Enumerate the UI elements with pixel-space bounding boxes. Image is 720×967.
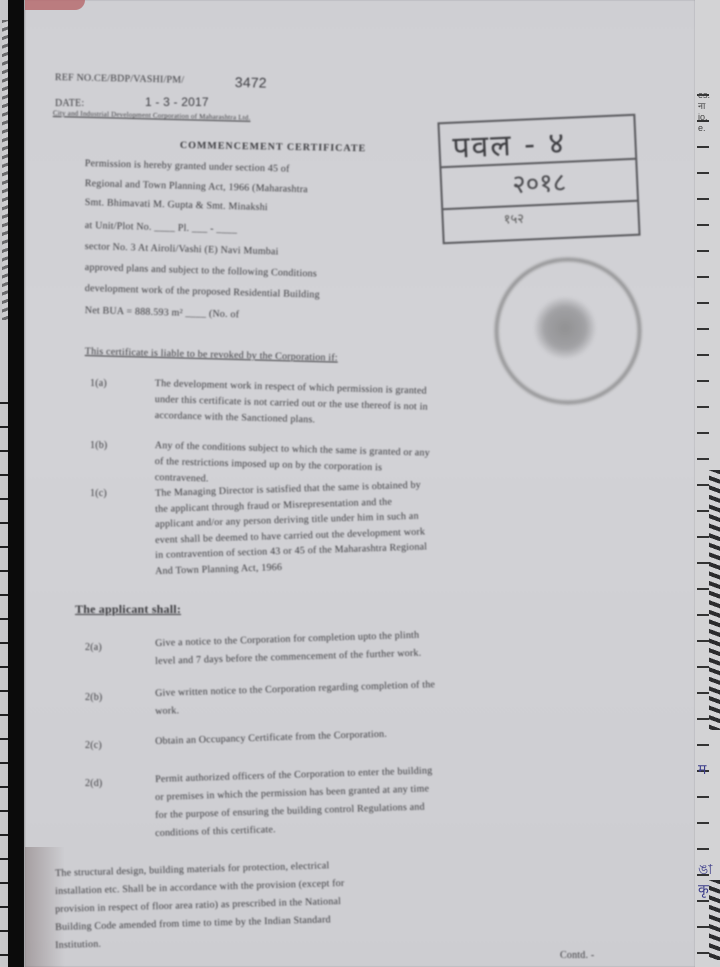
right-margin-handwriting-2: ঙা (698, 858, 712, 882)
left-ruler-ticks (0, 380, 8, 967)
stamp-sub: १५२ (503, 209, 524, 228)
duty-line: Give written notice to the Corporation r… (155, 679, 435, 699)
certificate-title: COMMENCEMENT CERTIFICATE (180, 140, 367, 154)
right-border-pattern (709, 470, 720, 730)
intro-line: at Unit/Plot No. ____ Pl. ___ - ____ (85, 220, 238, 235)
intro-line: Net BUA = 888.593 m² ____ (No. of (85, 305, 240, 320)
closing-line: Building Code amended from time to time … (55, 914, 331, 933)
condition-number: 1(a) (90, 378, 107, 389)
intro-line: Permission is hereby granted under secti… (85, 158, 290, 175)
condition-line: Any of the conditions subject to which t… (155, 440, 430, 459)
closing-line: The structural design, building material… (55, 860, 330, 879)
continued-marker: Contd. - (560, 950, 594, 961)
ref-label: REF NO.CE/BDP/VASHI/PM/ (55, 72, 185, 86)
duty-line: level and 7 days before the commencement… (155, 648, 421, 667)
duty-number: 2(a) (85, 642, 102, 653)
right-margin-text: es. ना io. e. (698, 90, 710, 134)
duty-number: 2(b) (85, 692, 102, 703)
right-margin-handwriting-3: कृ (698, 880, 709, 899)
inward-stamp: पवल - ४ २०१८ १५२ (437, 114, 640, 245)
duty-number: 2(c) (85, 740, 102, 751)
left-dark-edge (8, 0, 24, 967)
intro-line: development work of the proposed Residen… (85, 283, 320, 301)
closing-line: provision in respect of floor area ratio… (55, 896, 341, 915)
duty-line: Permit authorized officers of the Corpor… (155, 765, 433, 785)
duty-line: Obtain an Occupancy Certificate from the… (155, 729, 387, 747)
condition-line: The development work in respect of which… (155, 378, 427, 397)
intro-line: sector No. 3 At Airoli/Vashi (E) Navi Mu… (85, 241, 279, 257)
page-shadow (25, 847, 65, 967)
right-margin-handwriting-1: म (698, 760, 706, 779)
condition-line: contravened. (155, 472, 209, 484)
date-label: DATE: (55, 98, 84, 109)
duty-line: for the purpose of ensuring the building… (155, 802, 425, 821)
applicant-heading: The applicant shall: (75, 602, 181, 617)
stamp-number: २०१८ (511, 163, 567, 201)
date-value: 1 - 3 - 2017 (145, 95, 209, 109)
red-paper-corner (25, 0, 85, 10)
official-seal (495, 258, 641, 404)
subject-line: City and Industrial Development Corporat… (53, 109, 251, 122)
duty-line: or premises in which the permission has … (155, 783, 429, 803)
condition-number: 1(c) (90, 488, 107, 499)
condition-line: of the restrictions imposed up on by the… (155, 456, 383, 473)
emblem-icon (533, 296, 597, 360)
intro-line: approved plans and subject to the follow… (85, 262, 317, 279)
revocation-heading: This certificate is liable to be revoked… (85, 346, 338, 364)
duty-line: Give a notice to the Corporation for com… (155, 630, 419, 649)
condition-line: under this certificate is not carried ou… (155, 394, 428, 413)
duty-number: 2(d) (85, 778, 102, 789)
condition-number: 1(b) (90, 440, 107, 451)
duty-line: conditions of this certificate. (155, 824, 276, 839)
right-border-pattern-lower (709, 880, 720, 960)
ref-value: 3472 (235, 74, 267, 91)
condition-line: And Town Planning Act, 1966 (155, 562, 282, 577)
condition-line: accordance with the Sanctioned plans. (155, 410, 316, 425)
stamp-title: पवल - ४ (452, 121, 567, 167)
intro-line: Smt. Bhimavati M. Gupta & Smt. Minakshi (85, 197, 268, 213)
intro-line: Regional and Town Planning Act, 1966 (Ma… (85, 178, 308, 195)
duty-line: work. (155, 705, 179, 717)
closing-line: installation etc. Shall be in accordance… (55, 878, 345, 897)
right-ruler-ticks (697, 70, 709, 967)
